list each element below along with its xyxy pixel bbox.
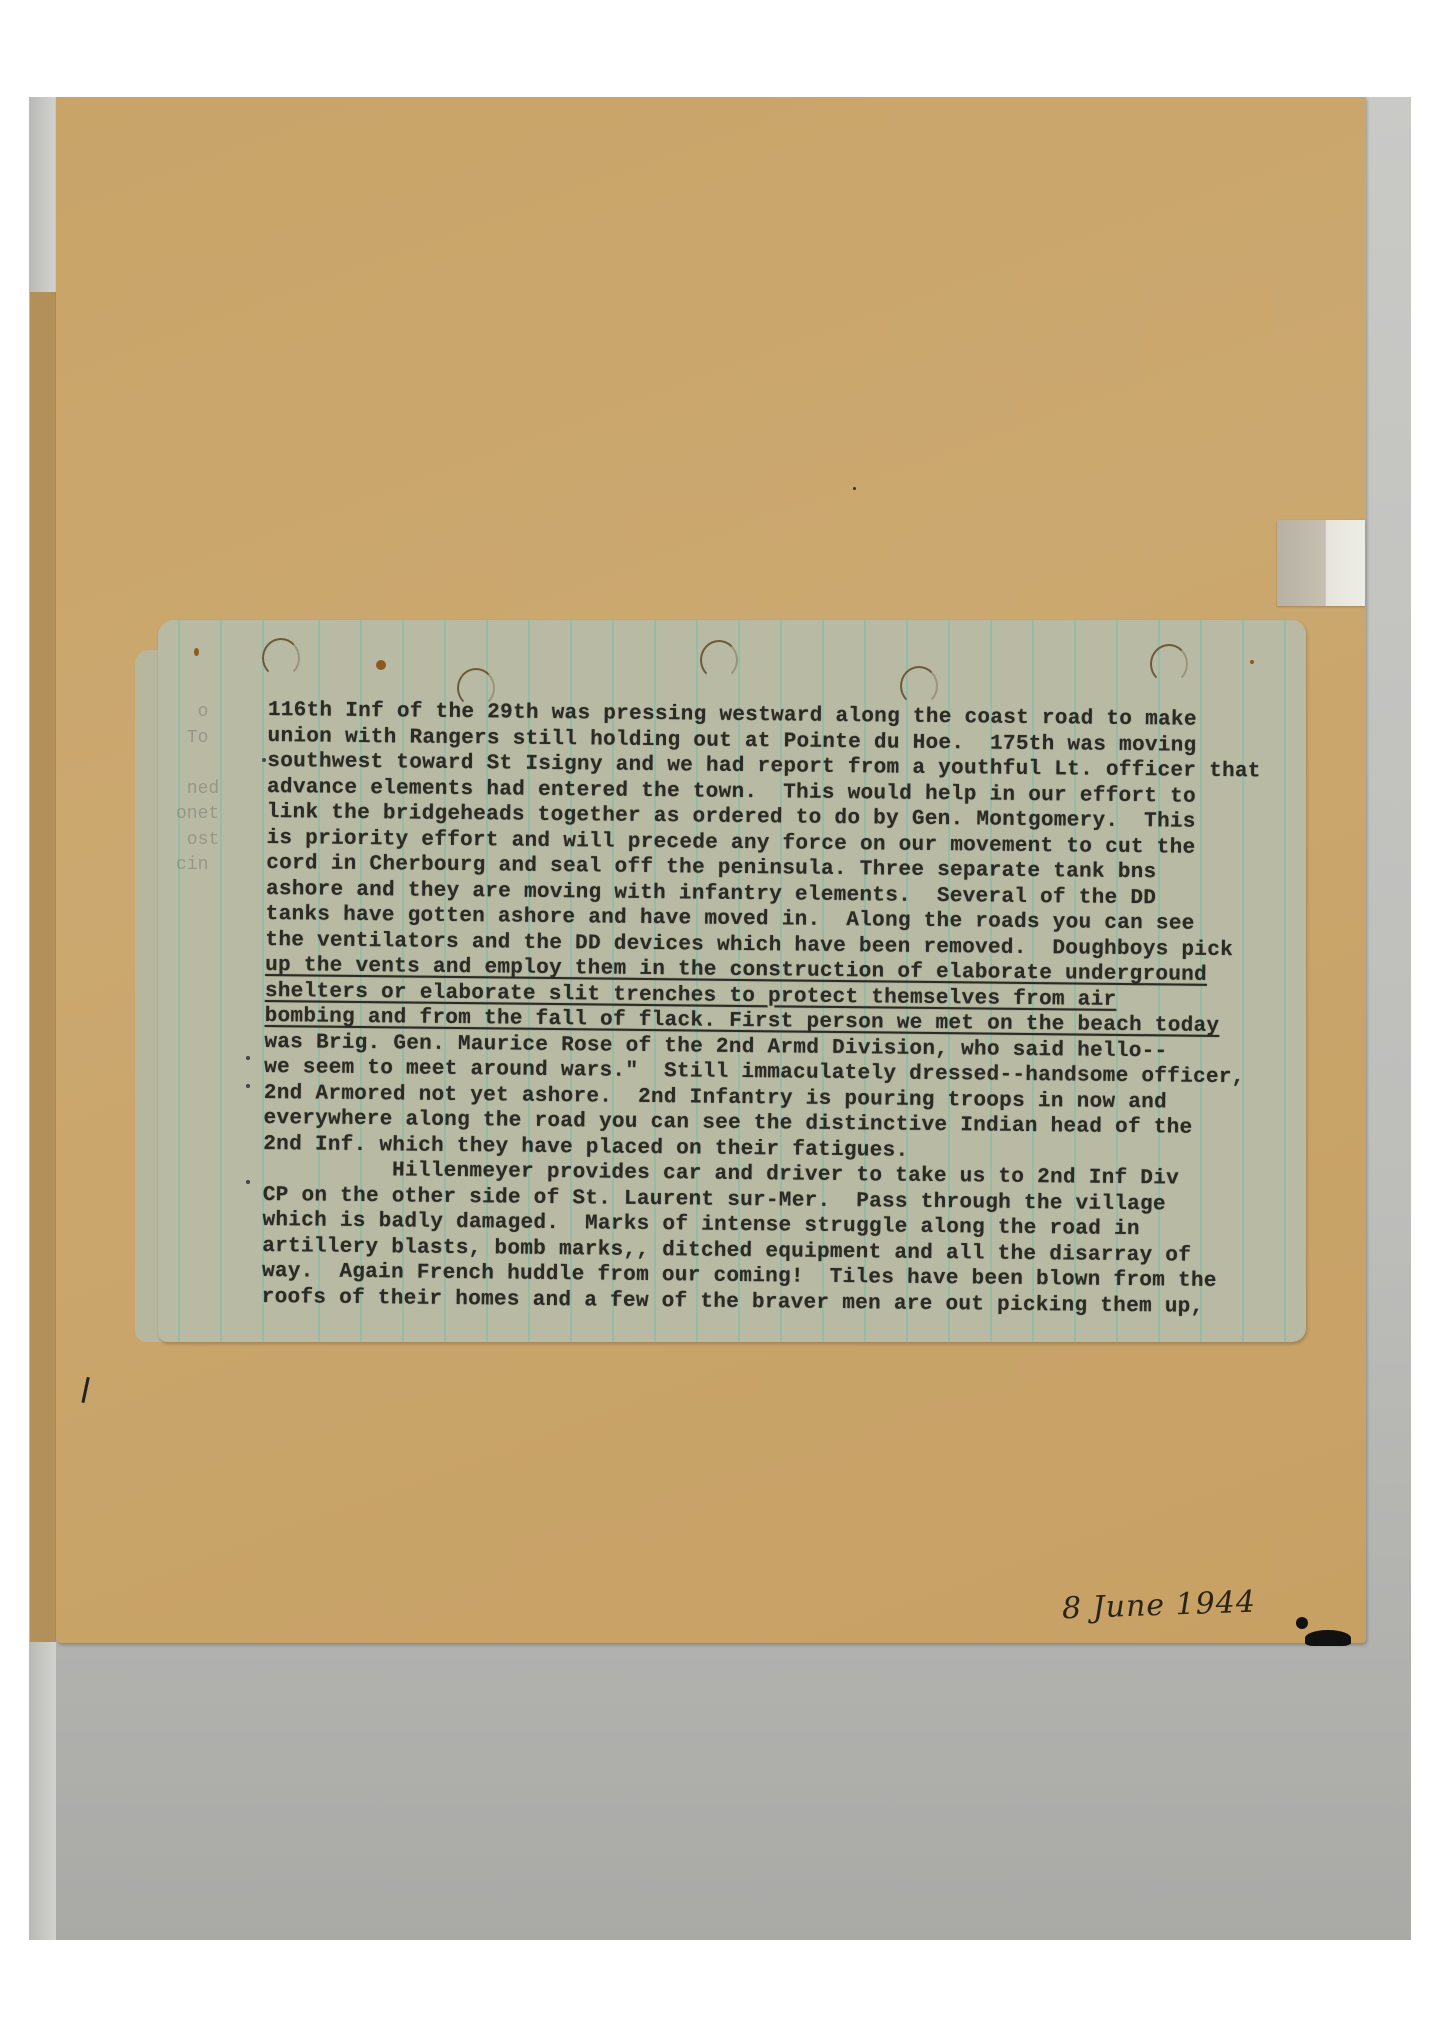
ink-dot — [1296, 1617, 1308, 1629]
folder-edge-strip — [30, 292, 56, 1642]
margin-dot — [246, 1180, 250, 1184]
rust-stain — [1250, 660, 1254, 664]
punch-hole-icon — [900, 666, 938, 706]
punch-hole-icon — [1150, 644, 1188, 684]
margin-dot — [262, 758, 266, 762]
paper-speck — [853, 487, 856, 490]
tape-strip — [1277, 520, 1365, 606]
typed-text-block: 116th Inf of the 29th was pressing westw… — [262, 698, 1318, 1321]
ink-blot — [1305, 1630, 1351, 1646]
handwritten-date: 8 June 1944 — [1061, 1585, 1256, 1627]
rust-stain — [194, 648, 199, 656]
rust-stain — [376, 660, 386, 670]
margin-dot — [246, 1056, 250, 1060]
punch-hole-icon — [262, 638, 300, 678]
punch-hole-icon — [700, 640, 738, 680]
margin-dot — [246, 1084, 250, 1088]
bleed-through-text: o To ned onet ost cin — [176, 700, 266, 904]
